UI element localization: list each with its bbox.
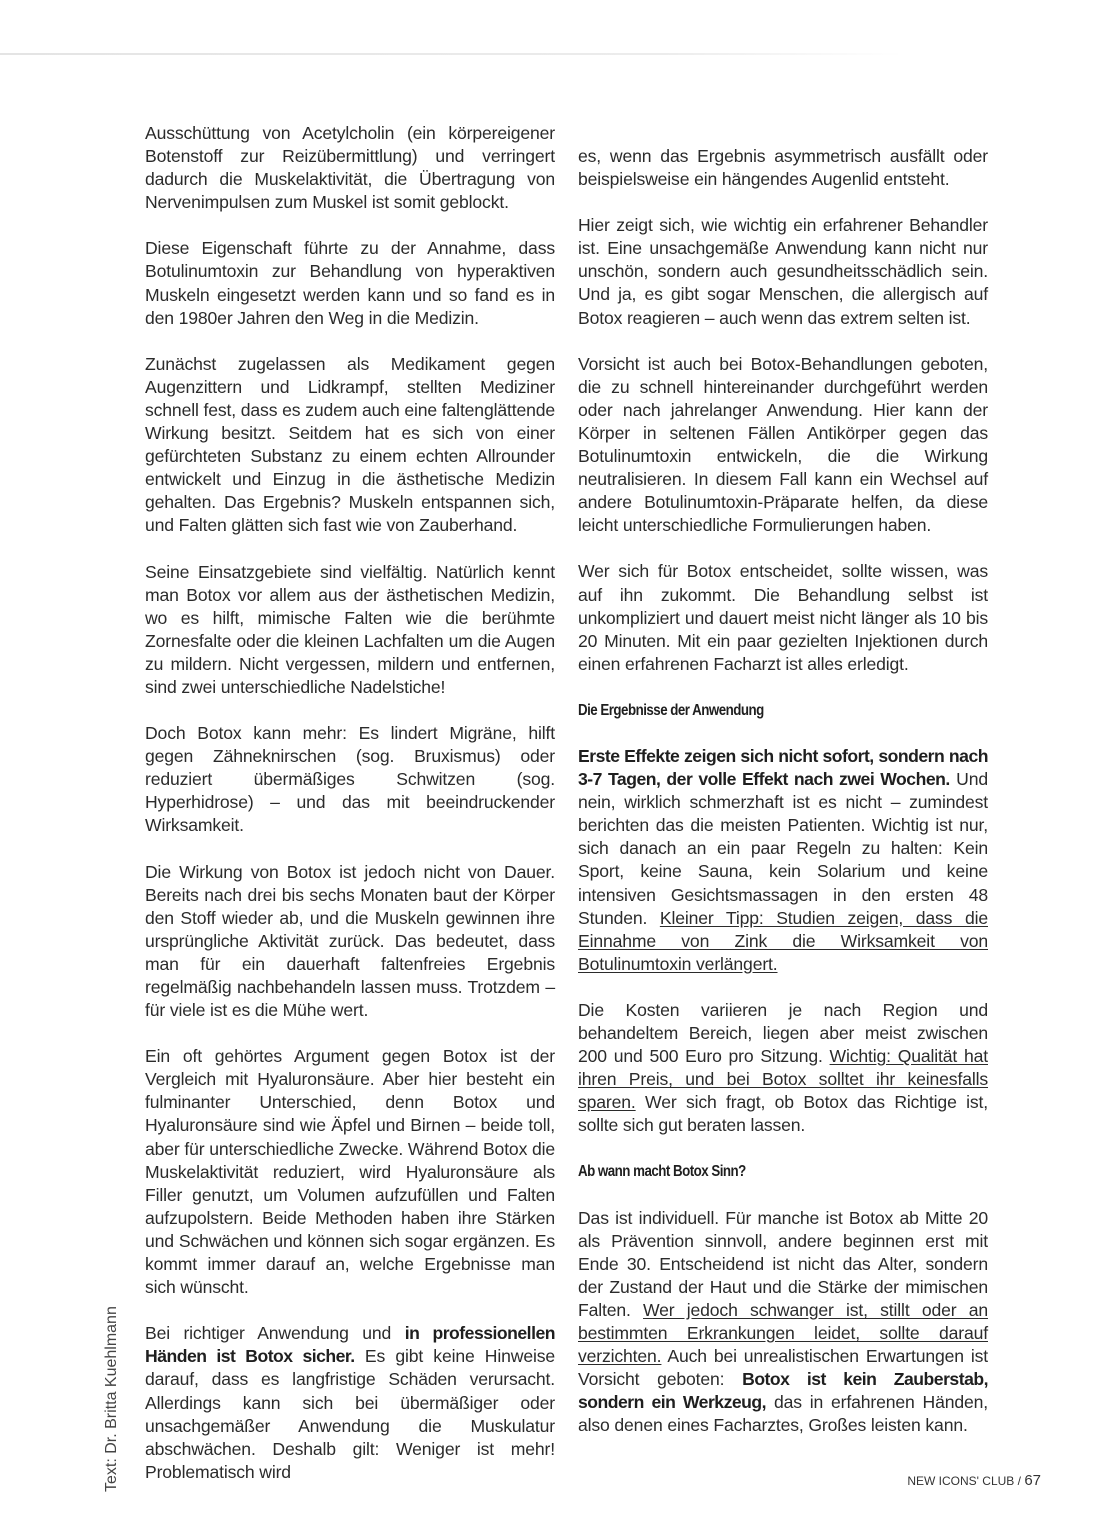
paragraph: Erste Effekte zeigen sich nicht sofort, …: [578, 745, 988, 976]
page-number: 67: [1024, 1472, 1041, 1489]
paragraph: Bei richtiger Anwendung und in professio…: [145, 1322, 555, 1484]
paragraph: es, wenn das Ergebnis asymmetrisch ausfä…: [578, 145, 988, 191]
top-divider: [0, 53, 1101, 55]
paragraph: Zunächst zugelassen als Medikament gegen…: [145, 353, 555, 538]
left-column: Ausschüttung von Acetylcholin (ein körpe…: [145, 122, 555, 1507]
paragraph: Das ist individuell. Für manche ist Boto…: [578, 1207, 988, 1438]
text: Wer sich fragt, ob Botox das Richtige is…: [578, 1092, 988, 1135]
magazine-name: NEW ICONS' CLUB /: [907, 1474, 1021, 1488]
emphasis-text: Erste Effekte zeigen sich nicht sofort, …: [578, 746, 988, 789]
page-footer: NEW ICONS' CLUB / 67: [907, 1472, 1041, 1489]
paragraph: Ausschüttung von Acetylcholin (ein körpe…: [145, 122, 555, 214]
section-heading: Die Ergebnisse der Anwendung: [578, 699, 931, 722]
paragraph: Doch Botox kann mehr: Es lindert Migräne…: [145, 722, 555, 837]
paragraph: Diese Eigenschaft führte zu der Annahme,…: [145, 237, 555, 329]
paragraph: Die Kosten variieren je nach Region und …: [578, 999, 988, 1138]
paragraph: Ein oft gehörtes Argument gegen Botox is…: [145, 1045, 555, 1299]
paragraph: Hier zeigt sich, wie wichtig ein erfahre…: [578, 214, 988, 329]
paragraph: Die Wirkung von Botox ist jedoch nicht v…: [145, 861, 555, 1023]
right-column: es, wenn das Ergebnis asymmetrisch ausfä…: [578, 145, 988, 1461]
text: Bei richtiger Anwendung und: [145, 1323, 405, 1343]
paragraph: Wer sich für Botox entscheidet, sollte w…: [578, 560, 988, 675]
paragraph: Vorsicht ist auch bei Botox-Behandlungen…: [578, 353, 988, 538]
section-heading: Ab wann macht Botox Sinn?: [578, 1160, 931, 1183]
author-byline: Text: Dr. Britta Kuehlmann: [103, 1306, 121, 1492]
paragraph: Seine Einsatzgebiete sind vielfältig. Na…: [145, 561, 555, 700]
text: Es gibt keine Hinweise darauf, dass es l…: [145, 1346, 555, 1481]
text: Und nein, wirklich schmerzhaft ist es ni…: [578, 769, 988, 928]
